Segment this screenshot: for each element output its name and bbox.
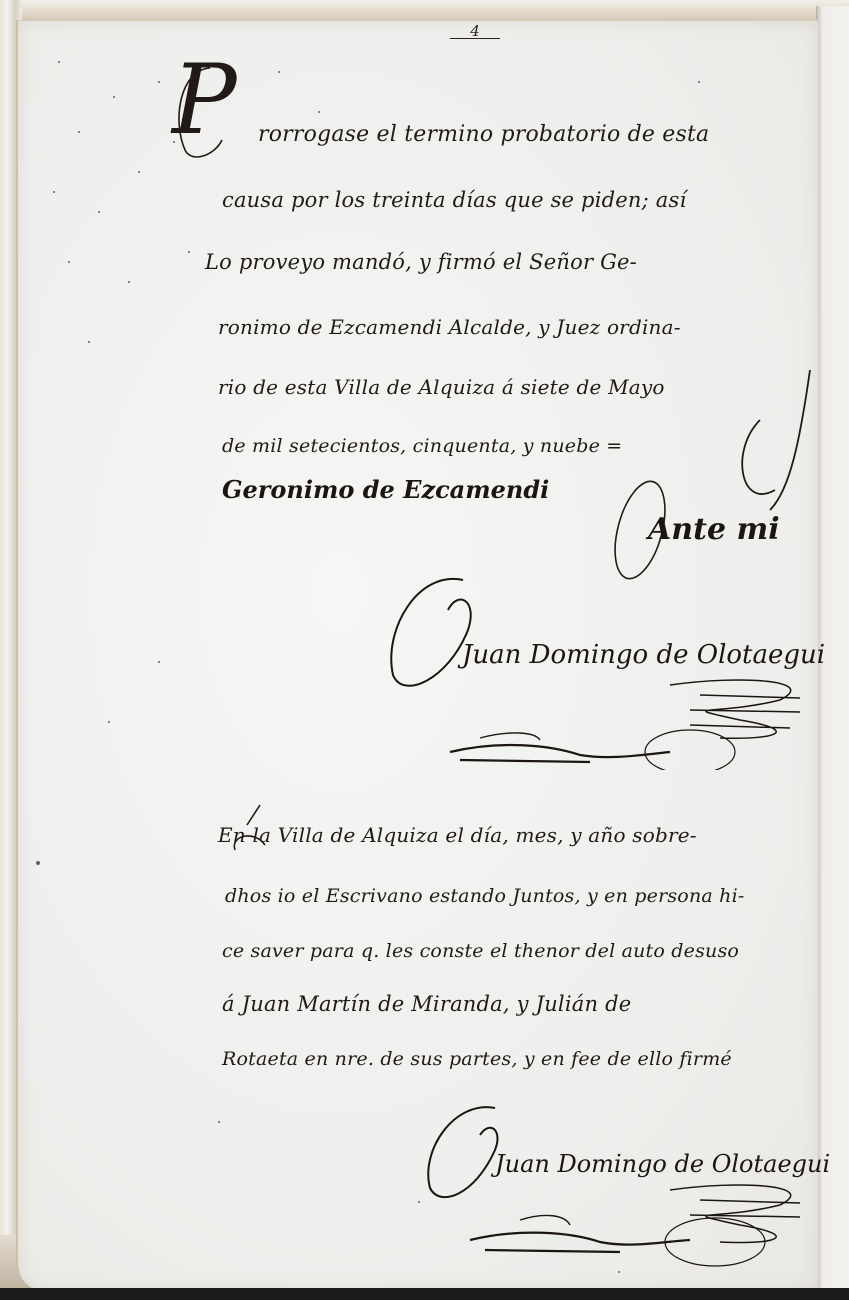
paper-speck [53,191,55,193]
paper-speck [36,861,40,865]
rubric-flourish-icon [460,1170,830,1270]
paper-speck [618,1271,620,1273]
paper-speck [113,96,115,98]
paper-speck [158,661,160,663]
notificacion-line-4: á Juan Martín de Miranda, y Julián de [222,992,631,1016]
paper-speck [698,81,700,83]
paper-speck [58,61,60,63]
auto-line-2: causa por los treinta días que se piden;… [222,188,686,212]
paper-speck [218,1121,220,1123]
notificacion-line-1: En la Villa de Alquiza el día, mes, y añ… [218,823,697,847]
alcalde-signature: Geronimo de Ezcamendi [222,475,549,504]
notificacion-line-5: Rotaeta en nre. de sus partes, y en fee … [222,1048,732,1070]
paper-speck [108,721,110,723]
paper-speck [68,261,70,263]
paper-speck [138,171,140,173]
auto-line-5: rio de esta Villa de Alquiza á siete de … [218,375,665,399]
paper-speck [158,81,160,83]
auto-line-4: ronimo de Ezcamendi Alcalde, y Juez ordi… [218,315,681,339]
notificacion-line-2: dhos io el Escrivano estando Juntos, y e… [225,885,744,907]
paper-speck [278,71,280,73]
page-stack-top-edge [0,0,849,22]
bottom-dark-background [0,1288,849,1300]
ante-mi-mark: Ante mi [648,512,780,547]
paper-speck [128,281,130,283]
paper-speck [88,341,90,343]
rubric-flourish-icon [440,660,820,770]
auto-line-1: rorrogase el termino probatorio de esta [258,122,709,147]
paper-speck [318,111,320,113]
paper-speck [78,131,80,133]
notificacion-line-3: ce saver para q. les conste el thenor de… [222,940,739,962]
auto-line-3: Lo proveyo mandó, y firmó el Señor Ge- [205,250,637,274]
auto-line-6: de mil setecientos, cinquenta, y nuebe = [222,435,622,457]
paper-speck [188,251,190,253]
paper-speck [98,211,100,213]
folio-number: 4 [450,24,500,39]
antemi-flourish-icon [600,360,830,590]
dropcap-flourish-icon [170,60,240,170]
